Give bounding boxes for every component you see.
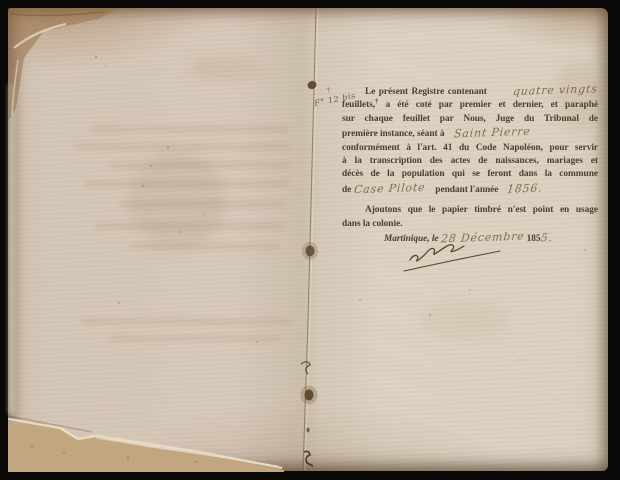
handwritten-year: 1856. — [506, 181, 543, 196]
registre-statement: Le présent Registre contenant quatre vin… — [342, 84, 598, 246]
printed-place-date: Martinique, le — [384, 234, 439, 244]
torn-left-edge-highlight — [8, 84, 15, 414]
dateline: Martinique, le 28 Décembre 1855. — [384, 231, 620, 246]
statement-line-8: de Case Pilote pendant l'année 1856. — [342, 182, 598, 197]
printed-text: Ajoutons que le papier timbré n'est poin… — [365, 205, 598, 215]
printed-text: décès de la population qui se feront dan… — [342, 169, 598, 179]
printed-text: Le présent Registre contenant — [365, 87, 487, 97]
statement-line-5: conformément à l'art. 41 du Code Napoléo… — [342, 142, 598, 155]
handwritten-commune: Case Pilote — [353, 181, 426, 197]
scanned-register-page: † F° 12 bis Le présent Registre contenan… — [0, 0, 620, 480]
printed-text: de — [342, 185, 351, 195]
statement-line-7: décès de la population qui se feront dan… — [342, 168, 598, 181]
statement-line-1: Le présent Registre contenant quatre vin… — [342, 84, 598, 99]
statement-line-4: première instance, séant à Saint Pierre — [342, 126, 598, 141]
printed-text: sur chaque feuillet par Nous, Juge du Tr… — [342, 114, 598, 124]
printed-text: à la transcription des actes de naissanc… — [342, 156, 598, 166]
printed-text: feuillets, — [342, 100, 375, 110]
handwritten-feuillet-count: quatre vingts — [490, 82, 599, 99]
printed-text: a été coté par premier et dernier, et pa… — [386, 100, 599, 110]
handwritten-tribunal-seat: Saint Pierre — [453, 125, 531, 141]
printed-text: conformément à l'art. 41 du Code Napoléo… — [342, 143, 598, 153]
statement-line-6: à la transcription des actes de naissanc… — [342, 155, 598, 168]
handwritten-day-month: 28 Décembre — [440, 230, 525, 246]
printed-text: dans la colonie. — [342, 219, 402, 229]
statement-line-10: dans la colonie. — [342, 218, 598, 231]
statement-line-3: sur chaque feuillet par Nous, Juge du Tr… — [342, 113, 598, 126]
statement-line-9: Ajoutons que le papier timbré n'est poin… — [342, 204, 598, 217]
printed-text: pendant l'année — [435, 185, 498, 195]
handwritten-year-digit: 5. — [540, 232, 553, 246]
margin-insertion-mark: † — [326, 86, 331, 94]
insertion-caret: † — [375, 95, 378, 108]
printed-text: première instance, séant à — [342, 129, 445, 139]
statement-line-2: feuillets,† a été coté par premier et de… — [342, 99, 598, 112]
printed-year: 185 — [527, 234, 541, 244]
